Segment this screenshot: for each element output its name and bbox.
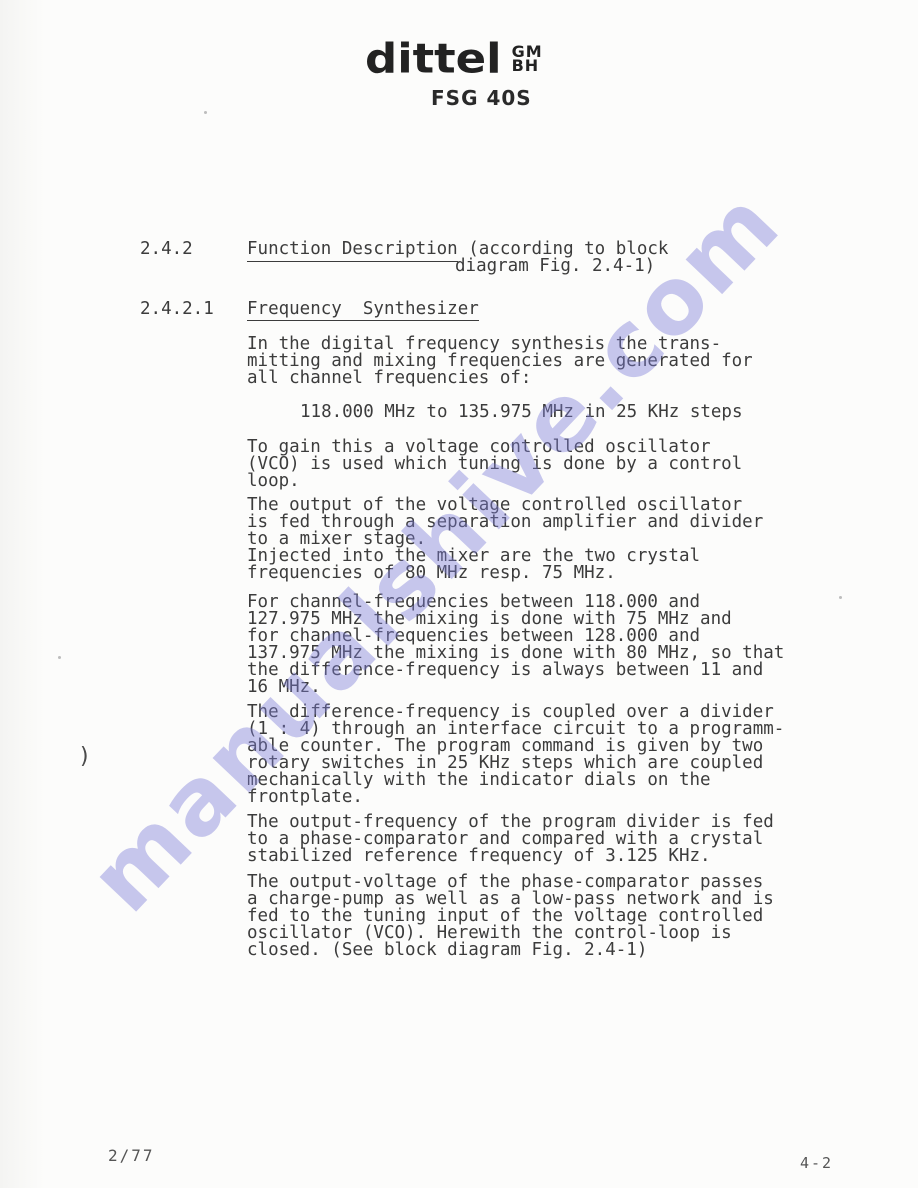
brand-suffix-bottom: BH: [512, 59, 543, 73]
brand-name: dittel: [365, 42, 502, 75]
section-heading-frequency-synthesizer: 2.4.2.1 Frequency Synthesizer: [140, 301, 479, 321]
model-number: FSG 40S: [431, 86, 543, 110]
section-number: 2.4.2: [140, 241, 247, 275]
section-title: Function Description: [247, 239, 458, 262]
paragraph-difference-frequency: The difference-frequency is coupled over…: [247, 704, 837, 806]
section-number: 2.4.2.1: [140, 301, 247, 321]
paragraph-mixer: The output of the voltage controlled osc…: [247, 497, 837, 582]
scan-speck: [204, 111, 207, 114]
brand-logo-row: dittel GM BH: [365, 42, 543, 78]
paragraph-output-voltage: The output-voltage of the phase-comparat…: [247, 874, 837, 959]
frequency-range-line: 118.000 MHz to 135.975 MHz in 25 KHz ste…: [300, 404, 743, 421]
document-page: manualshive.com dittel GM BH FSG 40S 2.4…: [0, 0, 918, 1188]
paragraph-channel-frequencies: For channel-frequencies between 118.000 …: [247, 594, 837, 696]
brand-suffix: GM BH: [512, 45, 543, 73]
paragraph-output-frequency: The output-frequency of the program divi…: [247, 814, 837, 865]
paragraph-intro: In the digital frequency synthesis the t…: [247, 336, 837, 387]
brand-logo: dittel GM BH FSG 40S: [365, 42, 543, 110]
section-heading-function-description: 2.4.2 Function Description (according to…: [140, 241, 668, 275]
scan-speck: [839, 596, 842, 599]
section-heading-content: Function Description (according to block…: [247, 241, 668, 275]
section-title: Frequency Synthesizer: [247, 301, 479, 321]
paragraph-vco: To gain this a voltage controlled oscill…: [247, 439, 837, 490]
footer-date: 2/77: [108, 1146, 155, 1165]
footer-page-number: 4-2: [800, 1154, 833, 1172]
scan-speck: [58, 656, 61, 659]
margin-parenthesis-mark: ): [78, 744, 91, 769]
